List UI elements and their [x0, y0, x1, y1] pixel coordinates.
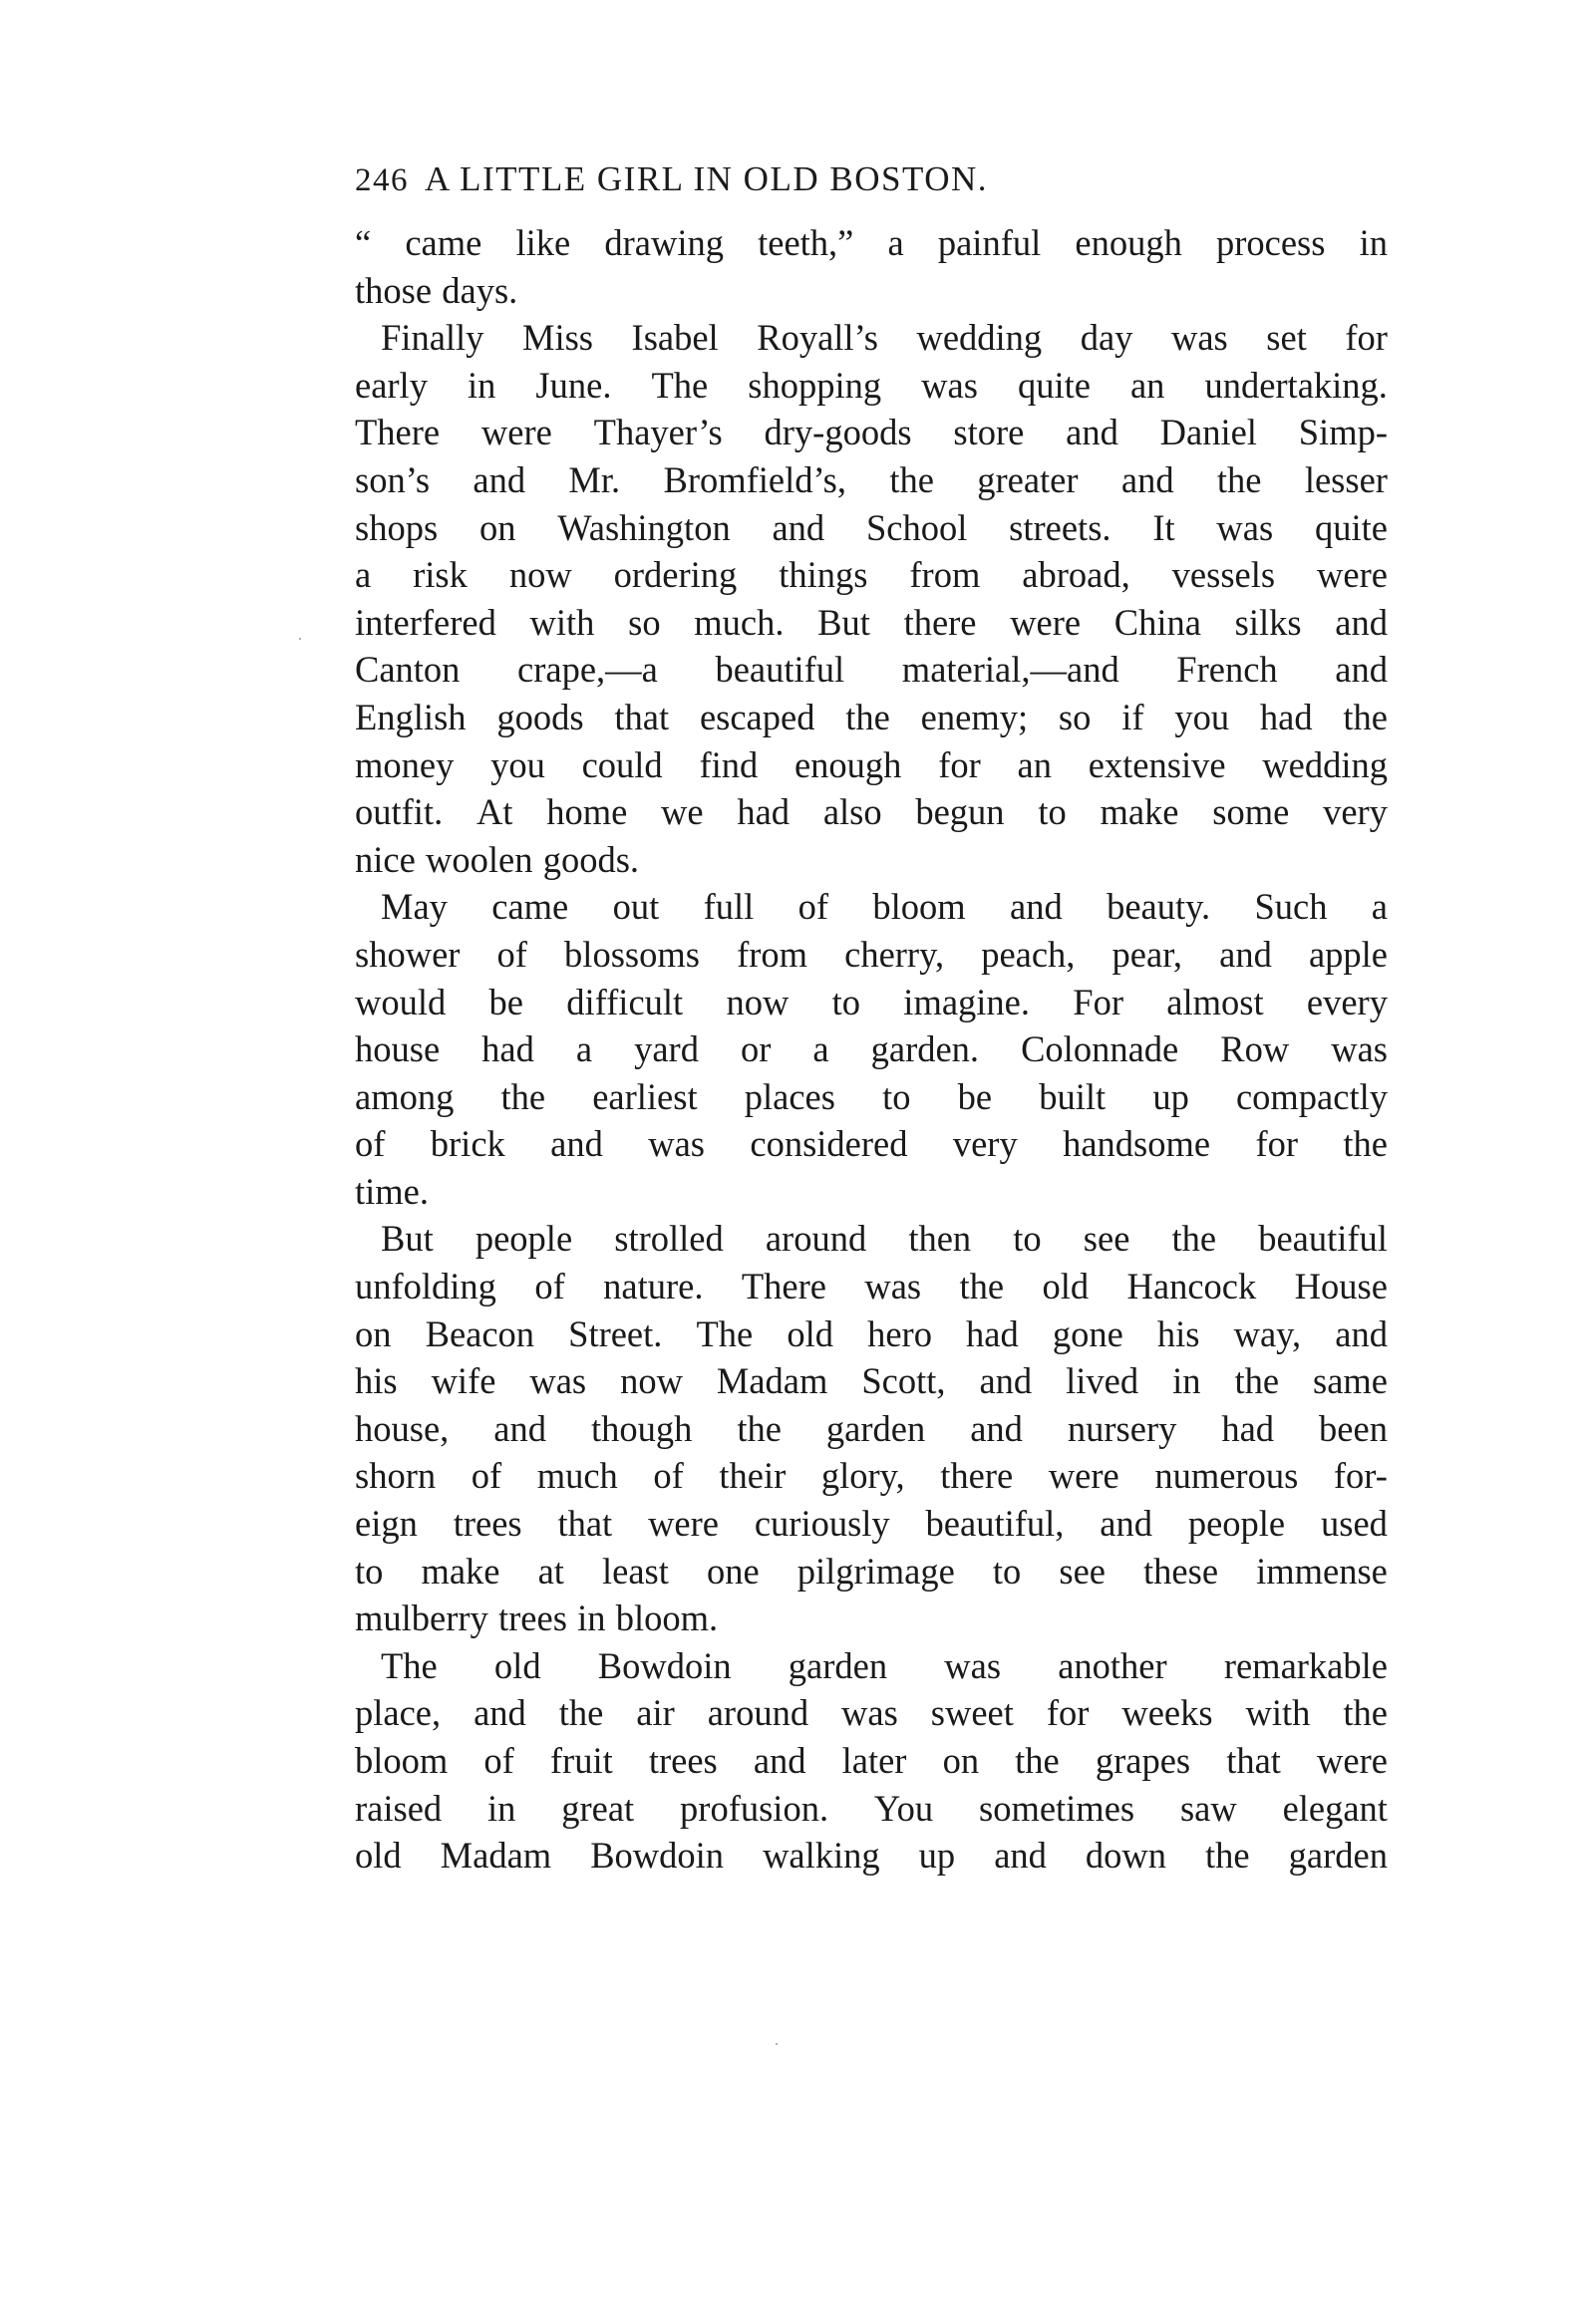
text-line: raisedingreatprofusion.Yousometimessawel… — [355, 1785, 1388, 1833]
text-line: shopsonWashingtonandSchoolstreets.Itwasq… — [355, 504, 1388, 552]
text-line: house,andthoughthegardenandnurseryhadbee… — [355, 1405, 1388, 1453]
text-line: TheoldBowdoingardenwasanotherremarkable — [355, 1642, 1388, 1690]
scan-speck — [299, 638, 301, 640]
scan-speck — [776, 2043, 778, 2045]
text-line: Englishgoodsthatescapedtheenemy;soifyouh… — [355, 694, 1388, 741]
text-line: showerofblossomsfromcherry,peach,pear,an… — [355, 931, 1388, 979]
running-head: 246 A LITTLE GIRL IN OLD BOSTON. — [355, 159, 1388, 215]
paragraph: FinallyMissIsabelRoyall’sweddingdaywasse… — [355, 314, 1388, 883]
paragraph: Butpeoplestrolledaroundthentoseethebeaut… — [355, 1215, 1388, 1641]
text-line: mulberrytreesinbloom. — [355, 1595, 1388, 1642]
text-line: moneyyoucouldfindenoughforanextensivewed… — [355, 741, 1388, 789]
text-line: eigntreesthatwerecuriouslybeautiful,andp… — [355, 1500, 1388, 1548]
text-line: time. — [355, 1168, 1388, 1216]
text-line: Maycameoutfullofbloomandbeauty.Sucha — [355, 883, 1388, 931]
text-line: interferedwithsomuch.ButtherewereChinasi… — [355, 599, 1388, 647]
text-line: nicewoolengoods. — [355, 836, 1388, 884]
text-line: place,andtheairaroundwassweetforweekswit… — [355, 1689, 1388, 1737]
text-line: arisknoworderingthingsfromabroad,vessels… — [355, 551, 1388, 599]
text-line: bloomoffruittreesandlateronthegrapesthat… — [355, 1737, 1388, 1785]
text-line: onBeaconStreet.Theoldherohadgonehisway,a… — [355, 1310, 1388, 1358]
text-line: shornofmuchoftheirglory,therewerenumerou… — [355, 1452, 1388, 1500]
text-line: ofbrickandwasconsideredveryhandsomeforth… — [355, 1120, 1388, 1168]
text-line: tomakeatleastonepilgrimagetoseetheseimme… — [355, 1548, 1388, 1596]
text-line: “camelikedrawingteeth,”apainfulenoughpro… — [355, 219, 1388, 267]
book-title: A LITTLE GIRL IN OLD BOSTON. — [425, 159, 988, 199]
text-line: TherewereThayer’sdry-goodsstoreandDaniel… — [355, 409, 1388, 456]
paragraph: Maycameoutfullofbloomandbeauty.Sucha sho… — [355, 883, 1388, 1215]
text-line: unfoldingofnature.TherewastheoldHancockH… — [355, 1263, 1388, 1310]
text-line: son’sandMr.Bromfield’s,thegreaterandthel… — [355, 456, 1388, 504]
paragraph: TheoldBowdoingardenwasanotherremarkable … — [355, 1642, 1388, 1880]
text-line: earlyinJune.Theshoppingwasquiteanunderta… — [355, 362, 1388, 410]
text-line: wouldbedifficultnowtoimagine.Foralmostev… — [355, 979, 1388, 1026]
paragraph: “camelikedrawingteeth,”apainfulenoughpro… — [355, 219, 1388, 314]
book-page: 246 A LITTLE GIRL IN OLD BOSTON. “cameli… — [355, 159, 1388, 1880]
text-line: househadayardoragarden.ColonnadeRowwas — [355, 1025, 1388, 1073]
text-line: FinallyMissIsabelRoyall’sweddingdaywasse… — [355, 314, 1388, 362]
body-text: “camelikedrawingteeth,”apainfulenoughpro… — [355, 219, 1388, 1880]
text-line: thosedays. — [355, 267, 1388, 315]
text-line: Cantoncrape,—abeautifulmaterial,—andFren… — [355, 646, 1388, 694]
text-line: amongtheearliestplacestobebuiltupcompact… — [355, 1073, 1388, 1121]
text-line: outfit.Athomewehadalsobeguntomakesomever… — [355, 788, 1388, 836]
text-line: Butpeoplestrolledaroundthentoseethebeaut… — [355, 1215, 1388, 1263]
page-number: 246 — [355, 162, 425, 199]
text-line: oldMadamBowdoinwalkingupanddownthegarden — [355, 1832, 1388, 1880]
text-line: hiswifewasnowMadamScott,andlivedinthesam… — [355, 1357, 1388, 1405]
